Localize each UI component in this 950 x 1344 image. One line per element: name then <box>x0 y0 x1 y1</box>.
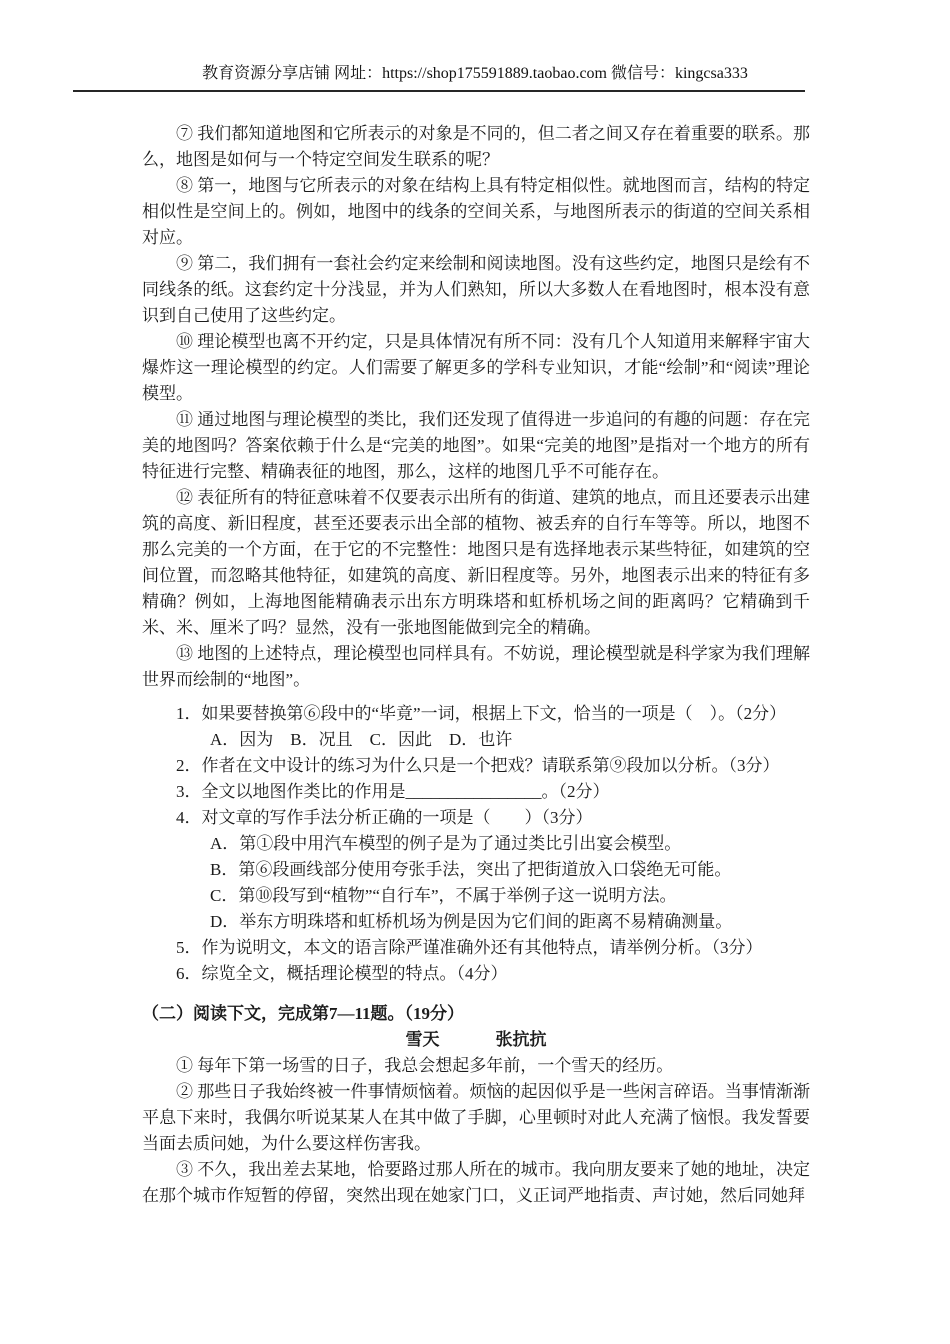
passage-paragraph-9: ⑨ 第二，我们拥有一套社会约定来绘制和阅读地图。没有这些约定，地图只是绘有不同线… <box>142 251 810 329</box>
essay-title: 雪天 <box>406 1030 440 1049</box>
question-3: 3．全文以地图作类比的作用是________________。（2分） <box>142 779 810 805</box>
exam-page: 教育资源分享店铺 网址：https://shop175591889.taobao… <box>0 0 950 1344</box>
passage-paragraph-10: ⑩ 理论模型也离不开约定，只是具体情况有所不同：没有几个人知道用来解释宇宙大爆炸… <box>142 329 810 407</box>
passage-paragraph-8: ⑧ 第一，地图与它所表示的对象在结构上具有特定相似性。就地图而言，结构的特定相似… <box>142 173 810 251</box>
question-1: 1．如果要替换第⑥段中的“毕竟”一词，根据上下文，恰当的一项是（ ）。（2分） <box>142 701 810 727</box>
passage-paragraph-11: ⑪ 通过地图与理论模型的类比，我们还发现了值得进一步追问的有趣的问题：存在完美的… <box>142 407 810 485</box>
essay-paragraph-3: ③ 不久，我出差去某地，恰要路过那人所在的城市。我向朋友要来了她的地址，决定在那… <box>142 1157 810 1209</box>
question-4-option-b: B．第⑥段画线部分使用夸张手法，突出了把街道放入口袋绝无可能。 <box>142 857 810 883</box>
question-list: 1．如果要替换第⑥段中的“毕竟”一词，根据上下文，恰当的一项是（ ）。（2分） … <box>142 701 810 987</box>
document-content: ⑦ 我们都知道地图和它所表示的对象是不同的，但二者之间又存在着重要的联系。那么，… <box>142 92 810 1209</box>
question-6: 6．综览全文，概括理论模型的特点。（4分） <box>142 961 810 987</box>
passage-paragraph-13: ⑬ 地图的上述特点，理论模型也同样具有。不妨说，理论模型就是科学家为我们理解世界… <box>142 641 810 693</box>
essay-author: 张抗抗 <box>496 1030 547 1049</box>
question-1-options: A．因为 B．况且 C．因此 D．也许 <box>142 727 810 753</box>
essay-paragraph-1: ① 每年下第一场雪的日子，我总会想起多年前，一个雪天的经历。 <box>142 1053 810 1079</box>
question-4-option-c: C．第⑩段写到“植物”“自行车”，不属于举例子这一说明方法。 <box>142 883 810 909</box>
section-two: （二）阅读下文，完成第7—11题。（19分） 雪天张抗抗 ① 每年下第一场雪的日… <box>142 1001 810 1209</box>
question-4-option-a: A．第①段中用汽车模型的例子是为了通过类比引出宴会模型。 <box>142 831 810 857</box>
question-4-option-d: D．举东方明珠塔和虹桥机场为例是因为它们间的距离不易精确测量。 <box>142 909 810 935</box>
question-5: 5．作为说明文，本文的语言除严谨准确外还有其他特点，请举例分析。（3分） <box>142 935 810 961</box>
section-heading: （二）阅读下文，完成第7—11题。（19分） <box>142 1001 810 1027</box>
passage-paragraph-12: ⑫ 表征所有的特征意味着不仅要表示出所有的街道、建筑的地点，而且还要表示出建筑的… <box>142 485 810 641</box>
essay-title-line: 雪天张抗抗 <box>142 1027 810 1053</box>
question-4: 4．对文章的写作手法分析正确的一项是（ ）（3分） <box>142 805 810 831</box>
shop-banner: 教育资源分享店铺 网址：https://shop175591889.taobao… <box>0 0 950 85</box>
essay-paragraph-2: ② 那些日子我始终被一件事情烦恼着。烦恼的起因似乎是一些闲言碎语。当事情渐渐平息… <box>142 1079 810 1157</box>
passage-paragraph-7: ⑦ 我们都知道地图和它所表示的对象是不同的，但二者之间又存在着重要的联系。那么，… <box>142 121 810 173</box>
question-2: 2．作者在文中设计的练习为什么只是一个把戏？请联系第⑨段加以分析。（3分） <box>142 753 810 779</box>
